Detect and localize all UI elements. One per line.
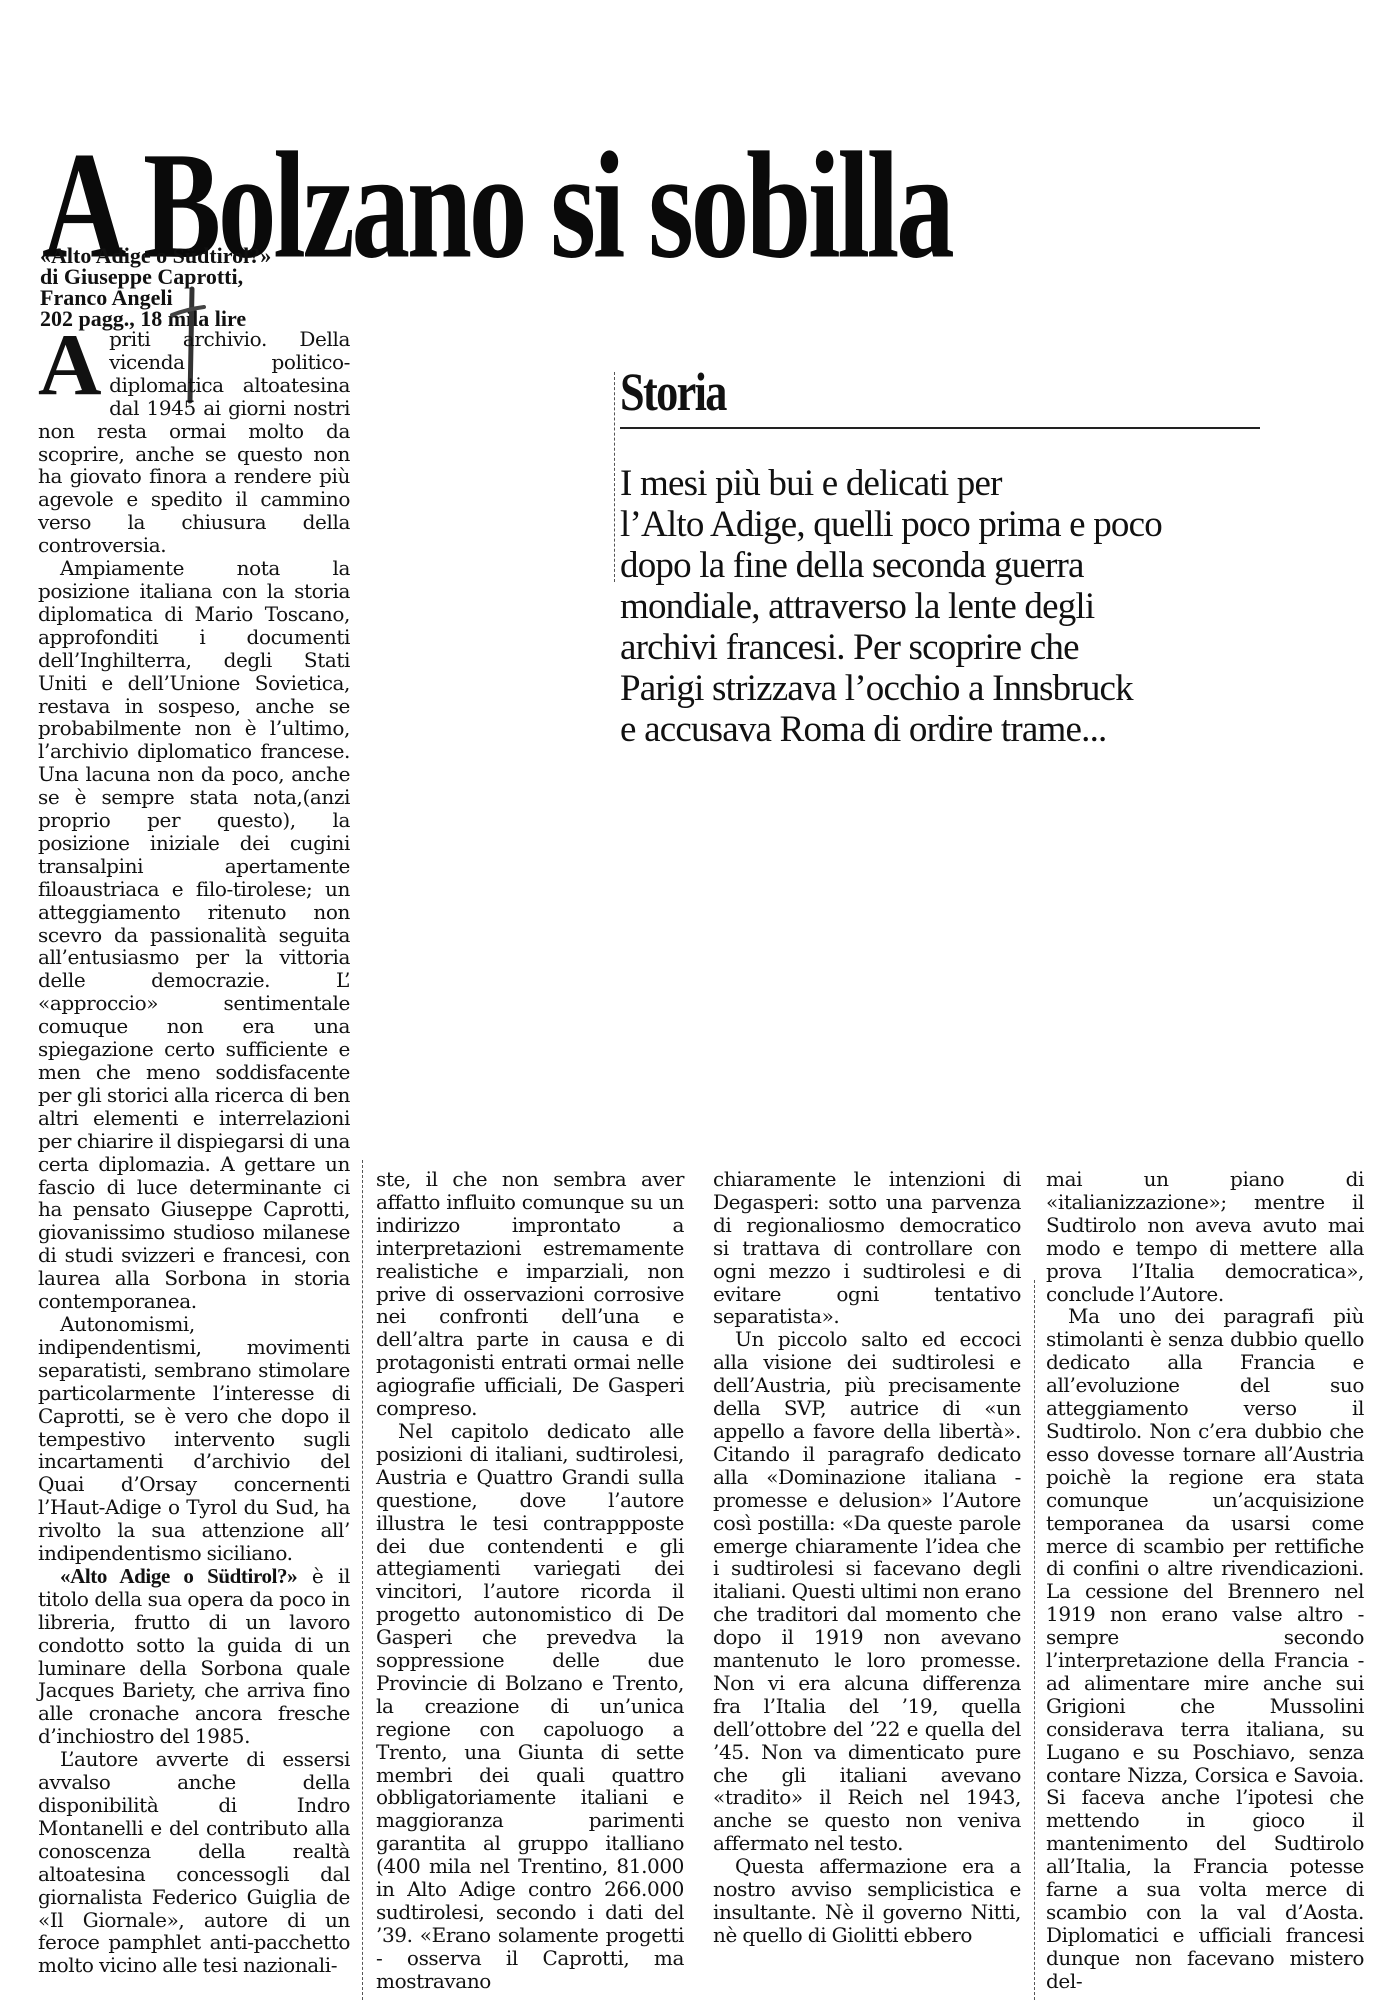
paragraph: Un piccolo salto ed eccoci alla visione …: [713, 1328, 1021, 1855]
paragraph: Ma uno dei paragrafi più stimolanti è se…: [1046, 1305, 1364, 1992]
paragraph: mai un piano di «italianizzazione»; ment…: [1046, 1168, 1364, 1305]
lead-line: dopo la fine della seconda guerra: [620, 545, 1260, 586]
column-divider: [1034, 1280, 1035, 2000]
book-title-inline: «Alto Adige o Südtirol?»: [60, 1564, 297, 1588]
storia-box: Storia I mesi più bui e delicati per l’A…: [620, 365, 1260, 750]
paragraph: L’autore avverte di essersi avvalso anch…: [38, 1748, 350, 1977]
article-column-1: A priti archivio. Della vicenda politico…: [38, 328, 350, 1977]
lead-paragraph: I mesi più bui e delicati per l’Alto Adi…: [620, 463, 1260, 750]
paragraph: Autonomismi, indipendentismi, movimenti …: [38, 1313, 350, 1565]
paragraph: Ampiamente nota la posizione italiana co…: [38, 557, 350, 1313]
section-rule: [620, 427, 1260, 429]
paragraph: Nel capitolo dedicato alle posizioni di …: [376, 1420, 684, 1993]
paragraph: chiaramente le intenzioni di Degasperi: …: [713, 1168, 1021, 1328]
drop-cap: A: [38, 334, 101, 400]
storia-left-rule: [614, 372, 615, 582]
book-author: di Giuseppe Caprotti,: [40, 266, 360, 287]
column-divider: [362, 1160, 363, 2000]
lead-line: mondiale, attraverso la lente degli: [620, 586, 1260, 627]
article-column-3: chiaramente le intenzioni di Degasperi: …: [713, 1168, 1021, 1947]
paragraph: «Alto Adige o Südtirol?» è il titolo del…: [38, 1565, 350, 1748]
paragraph: Questa affermazione era a nostro avviso …: [713, 1855, 1021, 1947]
paragraph: ste, il che non sembra aver affatto infl…: [376, 1168, 684, 1420]
lead-line: e accusava Roma di ordire trame...: [620, 709, 1260, 750]
article-column-4: mai un piano di «italianizzazione»; ment…: [1046, 1168, 1364, 1993]
lead-line: l’Alto Adige, quelli poco prima e poco: [620, 504, 1260, 545]
book-title: «Alto Adige o Südtirol?»: [40, 245, 360, 266]
article-column-2: ste, il che non sembra aver affatto infl…: [376, 1168, 684, 1993]
lead-line: Parigi strizzava l’occhio a Innsbruck: [620, 668, 1260, 709]
paragraph-text: è il titolo della sua opera da poco in l…: [38, 1564, 350, 1748]
section-label: Storia: [620, 365, 1145, 419]
lead-line: I mesi più bui e delicati per: [620, 463, 1260, 504]
lead-line: archivi francesi. Per scoprire che: [620, 627, 1260, 668]
